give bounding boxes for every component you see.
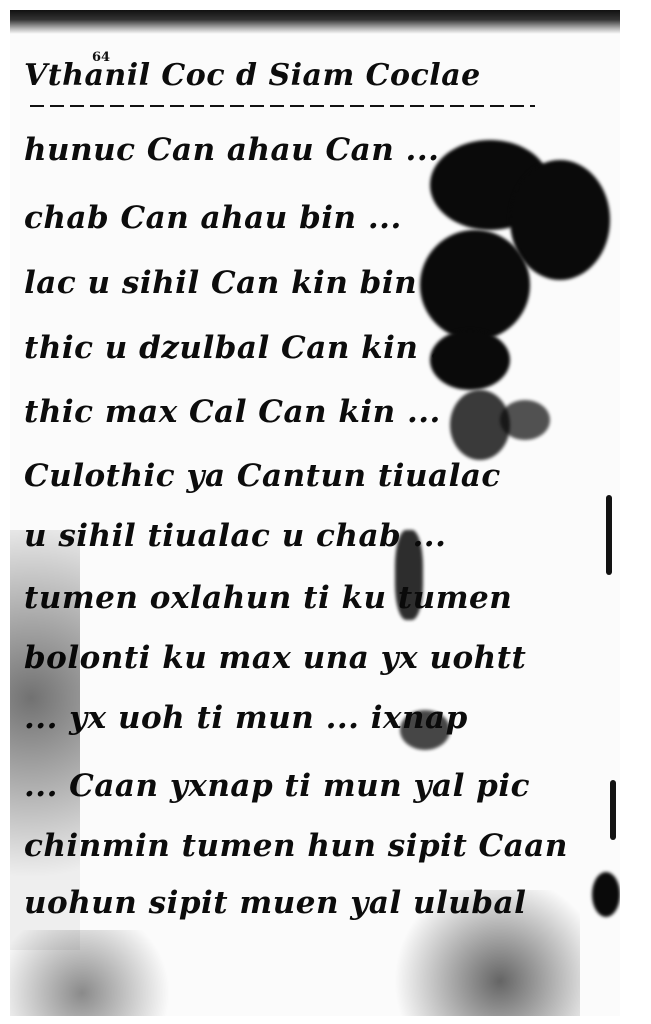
text-line-1: hunuc Can ahau Can ... bbox=[24, 132, 439, 168]
text-line-2: chab Can ahau bin ... bbox=[24, 200, 402, 236]
page-number-superscript: 64 bbox=[92, 50, 110, 65]
text-line-8: tumen oxlahun ti ku tumen bbox=[24, 580, 512, 616]
margin-mark bbox=[606, 495, 612, 575]
ink-blot bbox=[592, 872, 620, 917]
manuscript-page: Vthanil Coc d Siam Coclae 64 hunuc Can a… bbox=[10, 10, 620, 1016]
text-line-7: u sihil tiualac u chab ... bbox=[24, 518, 446, 554]
page-stain-bottom-left bbox=[10, 930, 190, 1016]
margin-mark bbox=[610, 780, 616, 840]
ink-blot bbox=[430, 330, 510, 390]
ink-drip bbox=[395, 530, 423, 620]
ink-blot bbox=[420, 230, 530, 340]
text-line-11: ... Caan yxnap ti mun yal pic bbox=[24, 768, 530, 804]
text-line-6: Culothic ya Cantun tiualac bbox=[24, 458, 501, 494]
ink-blot bbox=[400, 710, 450, 750]
page-stain-bottom-right bbox=[380, 890, 580, 1016]
text-line-5: thic max Cal Can kin ... bbox=[24, 394, 441, 430]
text-line-4: thic u dzulbal Can kin ... bbox=[24, 330, 464, 366]
ink-blot bbox=[500, 400, 550, 440]
dark-top-edge bbox=[10, 10, 620, 34]
text-line-12: chinmin tumen hun sipit Caan bbox=[24, 828, 568, 864]
text-line-3: lac u sihil Can kin bin ... bbox=[24, 265, 462, 301]
heading-underline bbox=[30, 105, 535, 107]
page-stain-left bbox=[10, 530, 80, 950]
text-line-9: bolonti ku max una yx uohtt bbox=[24, 640, 526, 676]
